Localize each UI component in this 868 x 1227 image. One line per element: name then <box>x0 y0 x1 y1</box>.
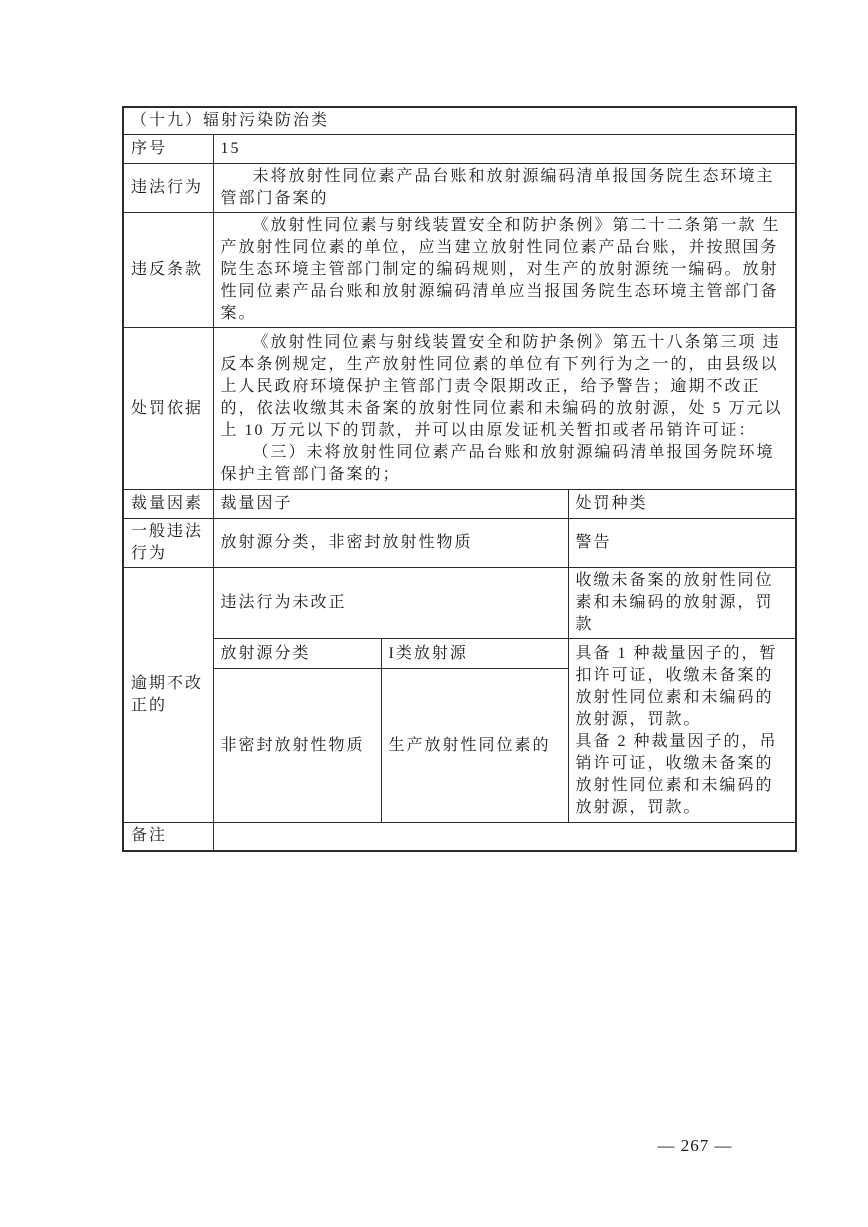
table-row: 一般违法行为 放射源分类，非密封放射性物质 警告 <box>123 519 796 568</box>
table-row: （十九）辐射污染防治类 <box>123 107 796 135</box>
overdue-row3-unsealed-substance: 非密封放射性物质 <box>213 669 381 823</box>
illegal-act-text: 未将放射性同位素产品台账和放射源编码清单报国务院生态环境主管部门备案的 <box>221 166 789 210</box>
discretion-factor-column-header: 裁量因子 <box>213 490 568 519</box>
overdue-label: 逾期不改正的 <box>123 568 213 823</box>
violated-clause-text: 《放射性同位素与射线装置安全和防护条例》第二十二条第一款 生产放射性同位素的单位… <box>221 215 789 325</box>
table-row: 放射源分类 I类放射源 具备 1 种裁量因子的，暂扣许可证，收缴未备案的放射性同… <box>123 639 796 669</box>
serial-label: 序号 <box>123 135 213 164</box>
penalty-basis-label: 处罚依据 <box>123 328 213 490</box>
section-title: （十九）辐射污染防治类 <box>123 107 796 135</box>
penalty-type-column-header: 处罚种类 <box>568 490 796 519</box>
overdue-row1-factor: 违法行为未改正 <box>213 568 568 639</box>
general-violation-factor: 放射源分类，非密封放射性物质 <box>213 519 568 568</box>
overdue-merged-penalty: 具备 1 种裁量因子的，暂扣许可证，收缴未备案的放射性同位素和未编码的放射源，罚… <box>568 639 796 823</box>
remarks-label: 备注 <box>123 823 213 851</box>
overdue-row2-source-class: I类放射源 <box>381 639 568 669</box>
table-row: 裁量因素 裁量因子 处罚种类 <box>123 490 796 519</box>
overdue-row3-production: 生产放射性同位素的 <box>381 669 568 823</box>
serial-value: 15 <box>213 135 796 164</box>
table-row: 违反条款 《放射性同位素与射线装置安全和防护条例》第二十二条第一款 生产放射性同… <box>123 213 796 328</box>
overdue-penalty-paragraph-2: 具备 2 种裁量因子的，吊销许可证，收缴未备案的放射性同位素和未编码的放射源，罚… <box>576 731 789 819</box>
table-row: 违法行为 未将放射性同位素产品台账和放射源编码清单报国务院生态环境主管部门备案的 <box>123 164 796 213</box>
violated-clause-value: 《放射性同位素与射线装置安全和防护条例》第二十二条第一款 生产放射性同位素的单位… <box>213 213 796 328</box>
overdue-row1-penalty: 收缴未备案的放射性同位素和未编码的放射源，罚款 <box>568 568 796 639</box>
table-row: 备注 <box>123 823 796 851</box>
penalty-basis-value: 《放射性同位素与射线装置安全和防护条例》第五十八条第三项 违反本条例规定，生产放… <box>213 328 796 490</box>
general-violation-label: 一般违法行为 <box>123 519 213 568</box>
general-violation-penalty: 警告 <box>568 519 796 568</box>
table-row: 处罚依据 《放射性同位素与射线装置安全和防护条例》第五十八条第三项 违反本条例规… <box>123 328 796 490</box>
table-row: 序号 15 <box>123 135 796 164</box>
page-number: — 267 — <box>640 1136 750 1156</box>
remarks-value <box>213 823 796 851</box>
penalty-basis-paragraph-1: 《放射性同位素与射线装置安全和防护条例》第五十八条第三项 违反本条例规定，生产放… <box>221 332 789 442</box>
table-row: 逾期不改正的 违法行为未改正 收缴未备案的放射性同位素和未编码的放射源，罚款 <box>123 568 796 639</box>
illegal-act-label: 违法行为 <box>123 164 213 213</box>
penalty-discretion-table: （十九）辐射污染防治类 序号 15 违法行为 未将放射性同位素产品台账和放射源编… <box>122 106 797 852</box>
discretion-factor-label: 裁量因素 <box>123 490 213 519</box>
overdue-penalty-paragraph-1: 具备 1 种裁量因子的，暂扣许可证，收缴未备案的放射性同位素和未编码的放射源，罚… <box>576 643 789 731</box>
document-page: （十九）辐射污染防治类 序号 15 违法行为 未将放射性同位素产品台账和放射源编… <box>0 0 868 1227</box>
overdue-row2-source-category: 放射源分类 <box>213 639 381 669</box>
violated-clause-label: 违反条款 <box>123 213 213 328</box>
illegal-act-value: 未将放射性同位素产品台账和放射源编码清单报国务院生态环境主管部门备案的 <box>213 164 796 213</box>
penalty-basis-paragraph-2: （三）未将放射性同位素产品台账和放射源编码清单报国务院环境保护主管部门备案的； <box>221 442 789 486</box>
